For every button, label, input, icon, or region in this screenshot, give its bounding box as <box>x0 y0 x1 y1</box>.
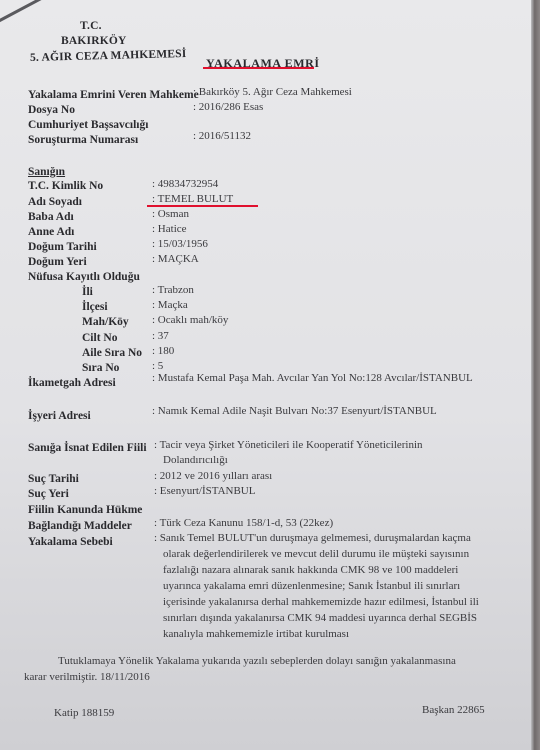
village-label: Mah/Köy <box>82 316 129 328</box>
defendant-section-label: Sanığın <box>28 166 65 178</box>
charged-act-value-line2: Dolandırıcılığı <box>163 454 228 466</box>
articles-label-line2: Bağlandığı Maddeler <box>28 520 132 532</box>
birth-date-label: Doğum Tarihi <box>28 241 97 253</box>
family-seq-value: : 180 <box>152 345 174 357</box>
court-value: : Bakırköy 5. Ağır Ceza Mahkemesi <box>193 86 352 98</box>
arrest-reason-line: : Sanık Temel BULUT'un duruşmaya gelmeme… <box>154 532 471 544</box>
crime-date-label: Suç Tarihi <box>28 473 79 485</box>
mother-name-label: Anne Adı <box>28 226 74 238</box>
president-signature: Başkan 22865 <box>422 704 485 716</box>
mother-name-value: : Hatice <box>152 223 187 235</box>
arrest-reason-line: fazlalığı nazara alınarak sanık hakkında… <box>163 564 458 576</box>
file-no-value: : 2016/286 Esas <box>193 101 263 113</box>
village-value: : Ocaklı mah/köy <box>152 314 228 326</box>
birth-place-label: Doğum Yeri <box>28 256 87 268</box>
birth-place-value: : MAÇKA <box>152 253 199 265</box>
crime-date-value: : 2012 ve 2016 yılları arası <box>154 470 272 482</box>
articles-label-line1: Fiilin Kanunda Hükme <box>28 504 142 516</box>
crime-place-value: : Esenyurt/İSTANBUL <box>154 485 255 497</box>
district-label: İlçesi <box>82 301 108 313</box>
workplace-label: İşyeri Adresi <box>28 410 91 422</box>
father-name-label: Baba Adı <box>28 211 74 223</box>
charged-act-label: Sanığa İsnat Edilen Fiili <box>28 442 147 454</box>
crime-place-label: Suç Yeri <box>28 488 69 500</box>
registry-label: Nüfusa Kayıtlı Olduğu <box>28 271 140 283</box>
arrest-reason-line: uyarınca yakalama emri düzenlenmesine; S… <box>163 580 460 592</box>
family-seq-label: Aile Sıra No <box>82 347 142 359</box>
province-value: : Trabzon <box>152 284 194 296</box>
arrest-reason-line: içerisinde yakalanırsa derhal mahkememiz… <box>163 596 479 608</box>
court-label: Yakalama Emrini Veren Mahkeme <box>28 89 199 101</box>
workplace-value: : Namık Kemal Adile Naşit Bulvarı No:37 … <box>152 405 437 417</box>
header-court-location: BAKIRKÖY <box>61 35 127 47</box>
page-corner-fold <box>0 0 44 27</box>
page-edge-shadow <box>531 0 540 750</box>
arrest-reason-label: Yakalama Sebebi <box>28 536 113 548</box>
district-value: : Maçka <box>152 299 188 311</box>
residence-label: İkametgah Adresi <box>28 377 116 389</box>
arrest-reason-line: kanalıyla mahkememizle irtibat kurulması <box>163 628 349 640</box>
file-no-label: Dosya No <box>28 104 75 116</box>
prosecutor-label: Cumhuriyet Başsavcılığı <box>28 119 148 131</box>
investigation-no-label: Soruşturma Numarası <box>28 134 138 146</box>
title-highlight-underline <box>203 67 314 69</box>
decision-line2: karar verilmiştir. 18/11/2016 <box>24 671 150 683</box>
articles-value: : Türk Ceza Kanunu 158/1-d, 53 (22kez) <box>154 517 333 529</box>
decision-line1: Tutuklamaya Yönelik Yakalama yukarıda ya… <box>58 655 456 667</box>
clerk-signature: Katip 188159 <box>54 707 114 719</box>
seq-no-label: Sıra No <box>82 362 119 374</box>
province-label: İli <box>82 286 93 298</box>
name-highlight-underline <box>147 205 258 207</box>
volume-no-label: Cilt No <box>82 332 117 344</box>
investigation-no-value: : 2016/51132 <box>193 130 251 142</box>
header-tc: T.C. <box>80 20 102 32</box>
national-id-value: : 49834732954 <box>152 178 218 190</box>
full-name-value: : TEMEL BULUT <box>152 193 233 205</box>
arrest-reason-line: olarak değerlendirilerek ve mevcut delil… <box>163 548 469 560</box>
arrest-reason-line: sınırları dışında yakalanırsa CMK 94 mad… <box>163 612 477 624</box>
father-name-value: : Osman <box>152 208 189 220</box>
header-court-name: 5. AĞIR CEZA MAHKEMESİ <box>30 48 187 64</box>
seq-no-value: : 5 <box>152 360 163 372</box>
national-id-label: T.C. Kimlik No <box>28 180 103 192</box>
charged-act-value-line1: : Tacir veya Şirket Yöneticileri ile Koo… <box>154 439 423 451</box>
birth-date-value: : 15/03/1956 <box>152 238 208 250</box>
volume-no-value: : 37 <box>152 330 169 342</box>
residence-value: : Mustafa Kemal Paşa Mah. Avcılar Yan Yo… <box>152 372 473 384</box>
full-name-label: Adı Soyadı <box>28 196 82 208</box>
